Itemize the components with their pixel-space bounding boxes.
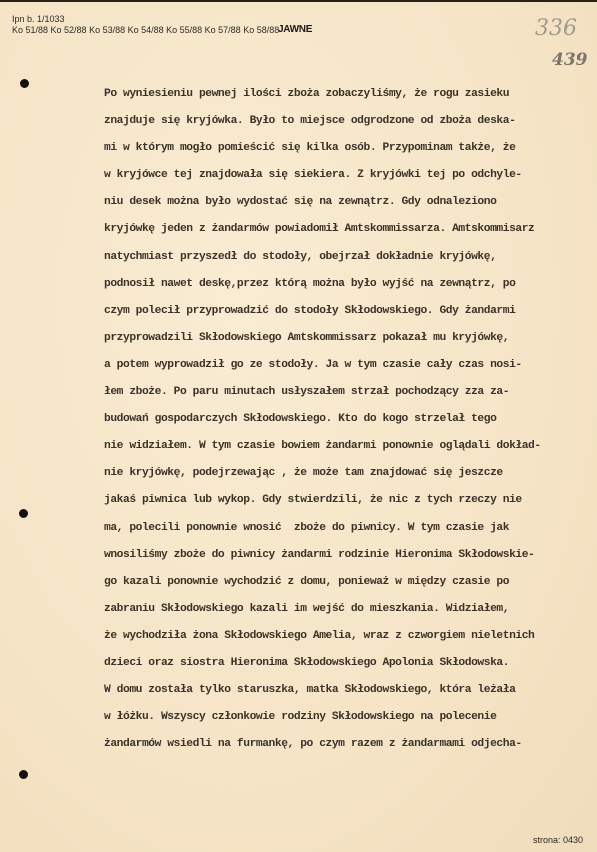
text-line: wnosiliśmy zboże do piwnicy żandarmi rod…	[104, 542, 574, 569]
punch-hole-mark	[19, 770, 28, 779]
punch-hole-mark	[20, 79, 29, 88]
text-line: zabraniu Skłodowskiego kazali im wejść d…	[104, 596, 574, 623]
text-line: że wychodziła żona Skłodowskiego Amelia,…	[104, 623, 574, 650]
text-line: kryjówkę jeden z żandarmów powiadomił Am…	[104, 216, 574, 243]
text-line: W domu została tylko staruszka, matka Sk…	[104, 677, 574, 704]
text-line: nie widziałem. W tym czasie bowiem żanda…	[104, 433, 574, 460]
text-line: niu desek można było wydostać się na zew…	[104, 189, 574, 216]
text-line: Po wyniesieniu pewnej ilości zboża zobac…	[104, 81, 574, 108]
text-line: łem zboże. Po paru minutach usłyszałem s…	[104, 379, 574, 406]
text-line: w łóżku. Wszyscy członkowie rodziny Skło…	[104, 704, 574, 731]
archive-signature: Ipn b. 1/1033	[12, 14, 279, 25]
text-line: a potem wyprowadził go ze stodoły. Ja w …	[104, 352, 574, 379]
text-line: budowań gospodarczych Skłodowskiego. Kto…	[104, 406, 574, 433]
text-line: natychmiast przyszedł do stodoły, obejrz…	[104, 244, 574, 271]
declassified-stamp: JAWNE	[278, 24, 312, 35]
typewritten-testimony: Po wyniesieniu pewnej ilości zboża zobac…	[104, 81, 574, 758]
text-line: znajduje się kryjówka. Było to miejsce o…	[104, 108, 574, 135]
text-line: jakaś piwnica lub wykop. Gdy stwierdzili…	[104, 487, 574, 514]
text-line: go kazali ponownie wychodzić z domu, pon…	[104, 569, 574, 596]
text-line: w kryjówce tej znajdowała się siekiera. …	[104, 162, 574, 189]
text-line: przyprowadzili Skłodowskiego Amtskommiss…	[104, 325, 574, 352]
handwritten-old-page-number: 336	[535, 16, 577, 41]
text-line: żandarmów wsiedli na furmankę, po czym r…	[104, 731, 574, 758]
handwritten-page-number: 439	[552, 50, 588, 70]
text-line: nie kryjówkę, podejrzewając , że może ta…	[104, 460, 574, 487]
text-line: podnosił nawet deskę,przez którą można b…	[104, 271, 574, 298]
case-references: Ko 51/88 Ko 52/88 Ko 53/88 Ko 54/88 Ko 5…	[12, 25, 279, 36]
text-line: ma, polecili ponownie wnosić zboże do pi…	[104, 515, 574, 542]
text-line: czym polecił przyprowadzić do stodoły Sk…	[104, 298, 574, 325]
text-line: dzieci oraz siostra Hieronima Skłodowski…	[104, 650, 574, 677]
archival-header: Ipn b. 1/1033 Ko 51/88 Ko 52/88 Ko 53/88…	[12, 14, 279, 36]
punch-hole-mark	[19, 509, 28, 518]
document-page: Ipn b. 1/1033 Ko 51/88 Ko 52/88 Ko 53/88…	[0, 0, 597, 852]
text-line: mi w którym mogło pomieścić się kilka os…	[104, 135, 574, 162]
page-number-footer: strona: 0430	[533, 835, 583, 845]
